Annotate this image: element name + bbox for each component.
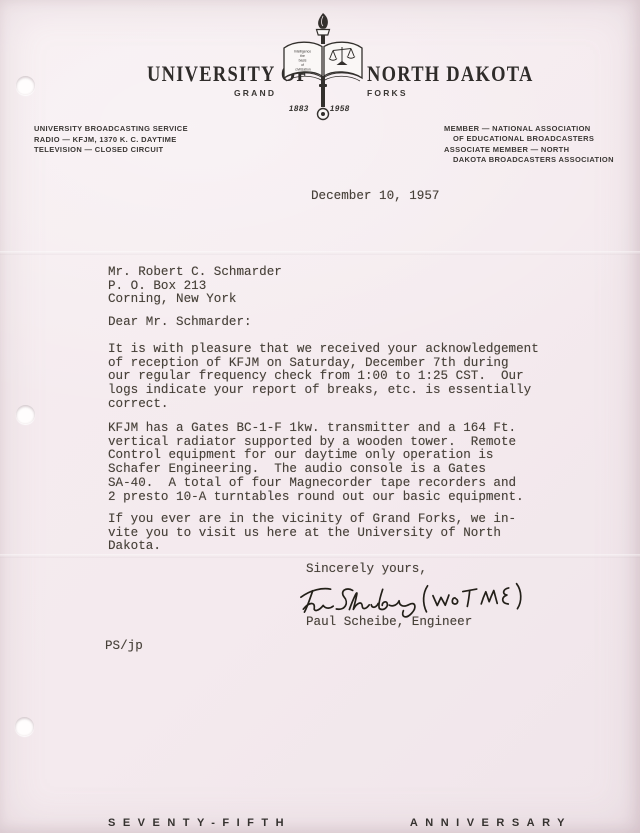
letterhead-title-right: NORTH DAKOTA <box>367 61 534 87</box>
letter-date: December 10, 1957 <box>311 190 439 204</box>
open-book-icon: Intelligence the basis of civilization <box>284 42 362 81</box>
torch-icon <box>317 13 330 44</box>
closing: Sincerely yours, <box>306 563 427 577</box>
letterhead-service-block: UNIVERSITY BROADCASTING SERVICE RADIO — … <box>34 124 188 156</box>
salutation: Dear Mr. Schmarder: <box>108 316 252 330</box>
anniversary-footer: SEVENTY-FIFTH ANNIVERSARY <box>108 817 572 829</box>
letterhead-city-forks: FORKS <box>367 88 408 98</box>
membership-line: MEMBER — NATIONAL ASSOCIATION <box>444 124 614 134</box>
membership-line: DAKOTA BROADCASTERS ASSOCIATION <box>444 155 614 165</box>
emblem-year-1883: 1883 <box>288 104 309 113</box>
emblem-year-1958: 1958 <box>329 104 350 113</box>
typist-reference: PS/jp <box>105 640 143 654</box>
membership-line: ASSOCIATE MEMBER — NORTH <box>444 145 614 155</box>
footer-word-right: ANNIVERSARY <box>410 817 572 829</box>
body-paragraph-3: If you ever are in the vicinity of Grand… <box>108 513 516 554</box>
letterhead-membership-block: MEMBER — NATIONAL ASSOCIATION OF EDUCATI… <box>444 124 614 167</box>
emblem-page-word: of <box>301 63 304 67</box>
service-line: RADIO — KFJM, 1370 K. C. DAYTIME <box>34 135 188 146</box>
fold-crease <box>0 251 640 255</box>
recipient-address: Mr. Robert C. Schmarder P. O. Box 213 Co… <box>108 266 282 307</box>
punch-hole <box>15 717 34 736</box>
body-paragraph-2: KFJM has a Gates BC-1-F 1kw. transmitter… <box>108 422 524 504</box>
service-line: UNIVERSITY BROADCASTING SERVICE <box>34 124 188 135</box>
service-line: TELEVISION — CLOSED CIRCUIT <box>34 145 188 156</box>
emblem-page-word: the <box>300 54 305 58</box>
signature-typed: Paul Scheibe, Engineer <box>306 616 472 630</box>
emblem-page-word: basis <box>299 59 307 63</box>
scanned-letter-page: UNIVERSITY OF NORTH DAKOTA GRAND FORKS I… <box>0 0 640 833</box>
footer-word-left: SEVENTY-FIFTH <box>108 817 291 829</box>
university-emblem: Intelligence the basis of civilization <box>278 12 368 132</box>
punch-hole <box>16 405 35 424</box>
letterhead-city-grand: GRAND <box>234 88 276 98</box>
emblem-page-word: Intelligence <box>294 50 311 54</box>
emblem-stem <box>318 76 329 120</box>
emblem-page-word: civilization <box>295 68 311 72</box>
body-paragraph-1: It is with pleasure that we received you… <box>108 343 539 412</box>
membership-line: OF EDUCATIONAL BROADCASTERS <box>444 134 614 144</box>
fold-crease <box>0 554 640 558</box>
punch-hole <box>16 76 35 95</box>
